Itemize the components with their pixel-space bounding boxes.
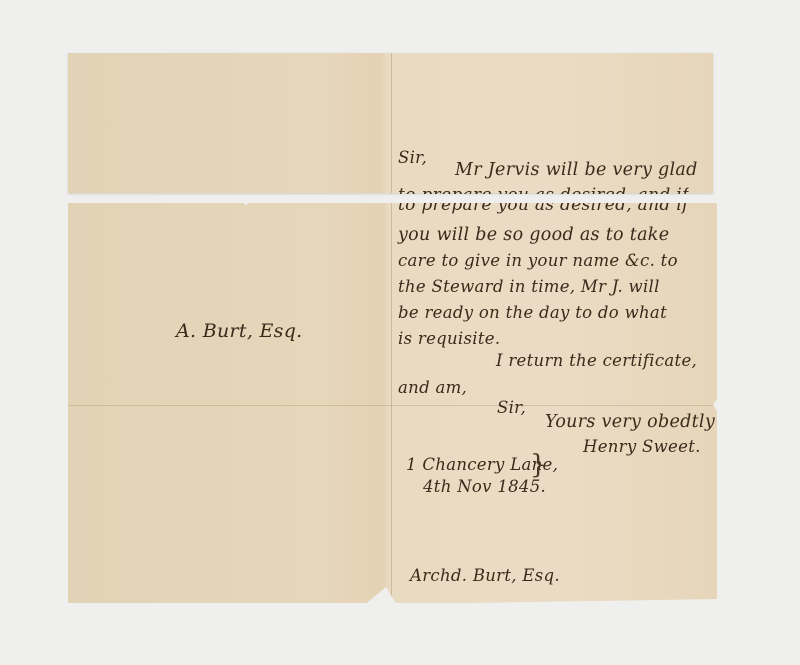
letter-line-6: be ready on the day to do what xyxy=(398,303,667,322)
brace-decoration: } xyxy=(530,450,547,480)
sender-address-date: 4th Nov 1845. xyxy=(423,477,546,496)
letter-line-5: the Steward in time, Mr J. will xyxy=(398,277,660,296)
letter-line-8: I return the certificate, xyxy=(496,351,697,370)
horizontal-fold-line xyxy=(68,405,717,406)
letter-line-9: and am, xyxy=(398,378,467,397)
addressee-label: A. Burt, Esq. xyxy=(176,320,303,342)
letter-line-1: Mr Jervis will be very glad xyxy=(455,160,698,180)
letter-line-4: care to give in your name &c. to xyxy=(398,251,678,270)
vertical-fold-line xyxy=(391,203,392,603)
closing-valediction: Yours very obedtly xyxy=(545,412,715,432)
letter-line-2-lower: to prepare you as desired, and if xyxy=(398,195,689,215)
recipient-line: Archd. Burt, Esq. xyxy=(410,566,560,585)
vertical-fold-line xyxy=(391,53,392,193)
signature: Henry Sweet. xyxy=(583,437,701,456)
letter-line-3: you will be so good as to take xyxy=(398,225,669,245)
letter-line-7: is requisite. xyxy=(398,329,500,348)
closing-salutation: Sir, xyxy=(497,398,526,417)
letter-line-2-upper: to prepare you as desired, and if xyxy=(398,185,689,205)
salutation: Sir, xyxy=(398,148,427,167)
